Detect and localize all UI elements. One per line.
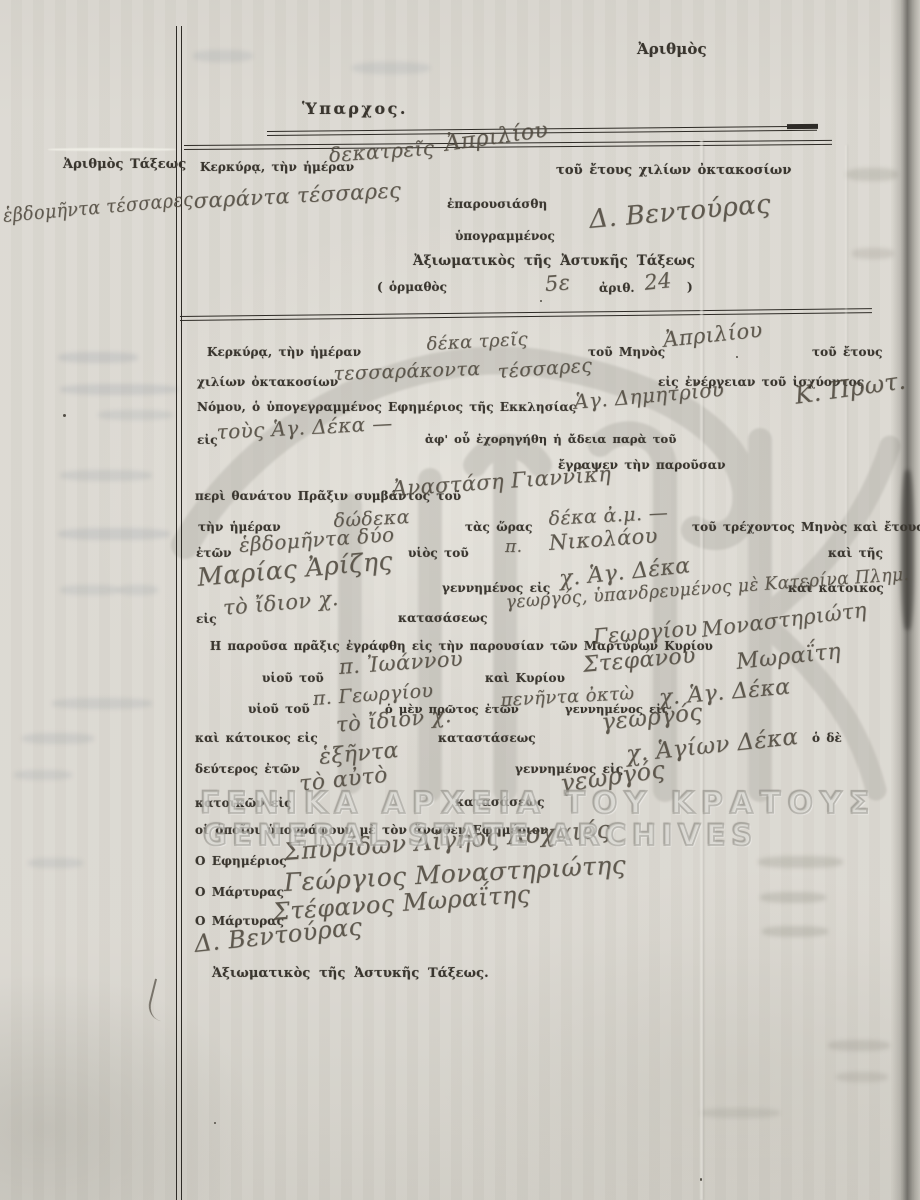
intro-year-printed: τοῦ ἔτους χιλίων ὀκτακοσίων (556, 163, 791, 178)
priest-label: Ο Εφημέριος (195, 854, 287, 868)
body-printed: τὰς ὥρας (465, 520, 533, 534)
body-printed: υἱοῦ τοῦ (262, 671, 324, 685)
margin-order-number-value: ἑβδομῆντα τέσσαρες (2, 188, 194, 227)
body-printed: χιλίων ὀκτακοσίων (197, 375, 338, 389)
bleed-through-smudge (760, 892, 826, 903)
bleed-through-smudge (852, 248, 894, 259)
bleed-through-smudge (846, 168, 898, 181)
body-printed: κατοικῶν εἰς (195, 796, 292, 810)
ink-speck (700, 1178, 702, 1181)
pen-stroke-mark (145, 979, 170, 1022)
bundle-number-handwritten: 5ε (544, 270, 571, 296)
intro-officer-title: Ἀξιωματικὸς τῆς Ἀστυκῆς Τάξεως (413, 253, 695, 269)
body-printed: τοῦ ἔτους (812, 345, 883, 359)
bundle-open: ( ὁρμαθὸς (377, 280, 447, 294)
body-printed: τοῦ Μηνὸς (588, 345, 665, 359)
ink-speck (540, 300, 542, 302)
bleed-through-smudge (836, 1072, 888, 1082)
bleed-through-smudge (762, 926, 828, 937)
body-printed: υἱὸς τοῦ (408, 546, 469, 560)
margin-order-number-label: Ἀριθμὸς Τάξεως (63, 157, 186, 172)
body-printed: καὶ τῆς (828, 546, 883, 560)
ink-speck (63, 414, 66, 417)
witness1-label: Ο Μάρτυρας (195, 885, 284, 899)
bleed-through-smudge (700, 1108, 780, 1118)
bleed-through-smudge (352, 62, 430, 74)
record-number-label: Ἀριθμὸς (637, 40, 707, 58)
bleed-through-smudge (22, 733, 94, 744)
ink-speck (736, 356, 738, 358)
header-rule-end (787, 124, 818, 129)
body-printed: Κερκύρᾳ, τὴν ἡμέραν (207, 345, 361, 359)
intro-day-handwritten: δεκατρεῖς (328, 136, 435, 167)
intro-month-handwritten: Ἀπριλίου (443, 117, 550, 156)
bleed-through-smudge (52, 698, 152, 709)
faded-scratch (48, 148, 176, 151)
intro-appeared-word: ἐπαρουσιάσθη (447, 197, 547, 211)
body-printed: καὶ κάτοικος εἰς (195, 731, 318, 745)
bleed-through-smudge (828, 1040, 890, 1051)
number-abbr: ἀριθ. (599, 281, 635, 295)
page-edge-dark-blob (901, 470, 914, 630)
officer-title: Ἀξιωματικὸς τῆς Ἀστυκῆς Τάξεως. (212, 966, 489, 981)
bleed-through-smudge (28, 858, 83, 868)
intro-undersigned-word: ὑπογραμμένος (455, 229, 555, 243)
body-printed: υἱοῦ τοῦ (248, 702, 310, 716)
bleed-through-smudge (758, 856, 843, 868)
body-printed: κατασάσεως (398, 611, 488, 625)
bleed-through-smudge (14, 770, 72, 780)
record-number-handwritten: 24 (643, 268, 673, 295)
bleed-through-smudge (60, 470, 152, 481)
body-printed: ἐτῶν (196, 546, 232, 560)
body-printed: καταστάσεως (438, 731, 536, 745)
page-title: Ὑπαρχος. (302, 99, 408, 118)
death-record-sheet: Ἀριθμὸς Ὑπαρχος. Ἀριθμὸς Τάξεως ἑβδομῆντ… (0, 0, 920, 1200)
intro-year-handwritten: σαράντα τέσσαρες (193, 178, 402, 213)
body-printed: καὶ Κυρίου (485, 671, 565, 685)
intro-officer-signature: Δ. Βεντούρας (588, 189, 772, 235)
body-printed: τοῦ τρέχοντος Μηνὸς καὶ ἔτους (692, 520, 920, 534)
bleed-through-smudge (58, 352, 138, 363)
body-printed: ἀφ' οὗ ἐχορηγήθη ἡ ἄδεια παρὰ τοῦ (425, 432, 676, 446)
bleed-through-smudge (193, 50, 253, 62)
vertical-crease (700, 140, 703, 1200)
body-printed: κατασάσεως (455, 795, 545, 809)
bleed-through-smudge (60, 585, 120, 595)
body-handwritten: π. (505, 537, 522, 557)
body-printed: ὁ δὲ (812, 731, 842, 745)
body-printed: εἰς (197, 433, 218, 447)
bundle-close: ) (687, 280, 693, 294)
ink-speck (214, 1122, 216, 1124)
body-printed: εἰς (196, 612, 217, 626)
body-top-rule (180, 308, 872, 320)
body-printed: δεύτερος ἐτῶν (195, 762, 300, 776)
